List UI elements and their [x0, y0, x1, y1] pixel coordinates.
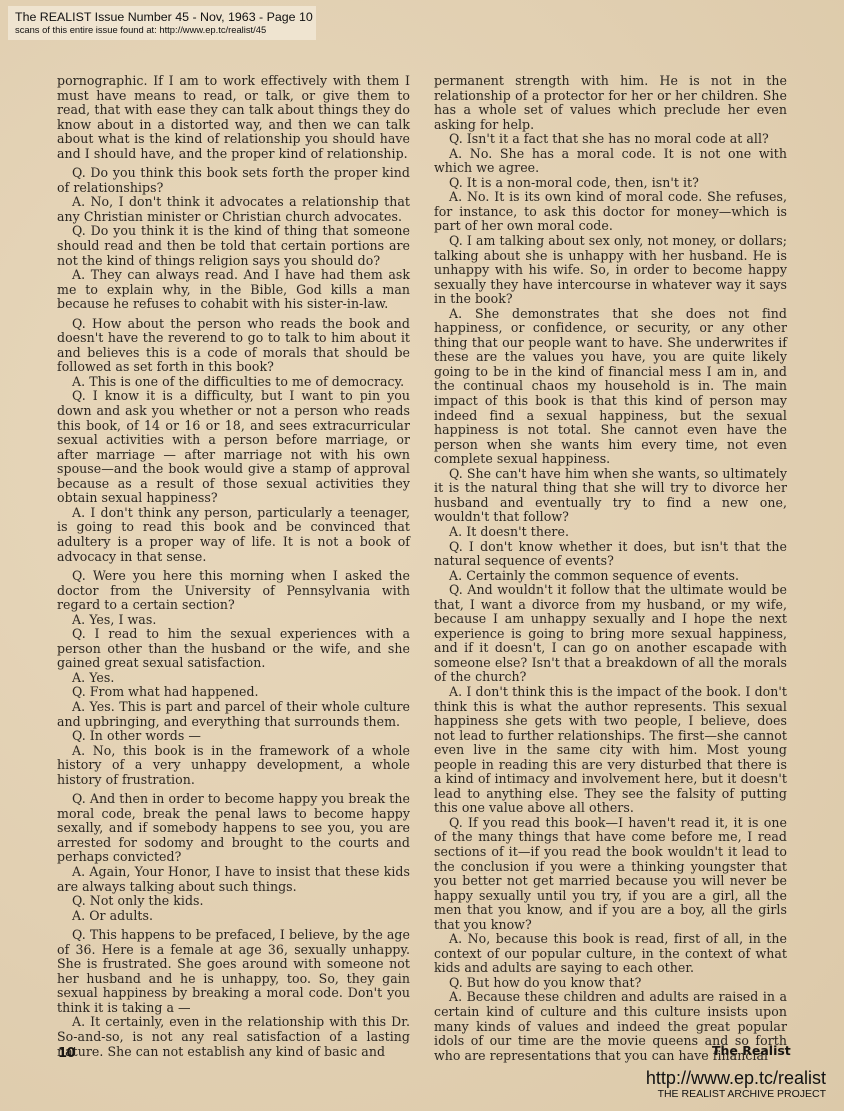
paragraph: Q. I read to him the sexual experiences … [57, 627, 410, 671]
paragraph: Q. She can't have him when she wants, so… [434, 467, 787, 525]
archive-url[interactable]: http://www.ep.tc/realist [646, 1068, 826, 1088]
issue-title: The REALIST Issue Number 45 - Nov, 1963 … [15, 10, 316, 24]
paragraph: Q. Isn't it a fact that she has no moral… [434, 132, 787, 147]
archive-footer: http://www.ep.tc/realist THE REALIST ARC… [646, 1068, 826, 1100]
paragraph: A. It certainly, even in the relationshi… [57, 1015, 410, 1059]
paragraph: A. Yes, I was. [57, 613, 410, 628]
paragraph: Q. Not only the kids. [57, 894, 410, 909]
paragraph: Q. It is a non-moral code, then, isn't i… [434, 176, 787, 191]
paragraph: Q. Were you here this morning when I ask… [57, 569, 410, 613]
paragraph: A. No, this book is in the framework of … [57, 744, 410, 788]
masthead: The Realist [712, 1043, 791, 1058]
paragraph: A. It doesn't there. [434, 525, 787, 540]
paragraph: A. Or adults. [57, 909, 410, 924]
paragraph: Q. I don't know whether it does, but isn… [434, 540, 787, 569]
paragraph: Q. If you read this book—I haven't read … [434, 816, 787, 932]
paragraph: Q. I know it is a difficulty, but I want… [57, 389, 410, 505]
paragraph: A. They can always read. And I have had … [57, 268, 410, 312]
paragraph: A. This is one of the difficulties to me… [57, 375, 410, 390]
left-column: pornographic. If I am to work effectivel… [57, 74, 410, 1059]
paragraph: A. No. It is its own kind of moral code.… [434, 190, 787, 234]
paragraph: A. No, because this book is read, first … [434, 932, 787, 976]
paragraph: pornographic. If I am to work effectivel… [57, 74, 410, 161]
paragraph: Q. Do you think this book sets forth the… [57, 166, 410, 195]
paragraph: Q. Do you think it is the kind of thing … [57, 224, 410, 268]
paragraph: A. Yes. [57, 671, 410, 686]
paragraph: Q. In other words — [57, 729, 410, 744]
paragraph: A. Again, Your Honor, I have to insist t… [57, 865, 410, 894]
paragraph: A. Certainly the common sequence of even… [434, 569, 787, 584]
archive-header: The REALIST Issue Number 45 - Nov, 1963 … [8, 6, 316, 40]
paragraph: Q. I am talking about sex only, not mone… [434, 234, 787, 307]
paragraph: Q. And wouldn't it follow that the ultim… [434, 583, 787, 685]
paragraph: A. No. She has a moral code. It is not o… [434, 147, 787, 176]
paragraph: Q. From what had happened. [57, 685, 410, 700]
right-column: permanent strength with him. He is not i… [434, 74, 787, 1063]
scan-source-note: scans of this entire issue found at: htt… [15, 24, 316, 36]
paragraph: Q. This happens to be prefaced, I believ… [57, 928, 410, 1015]
paragraph: A. She demonstrates that she does not fi… [434, 307, 787, 467]
paragraph: A. Yes. This is part and parcel of their… [57, 700, 410, 729]
paragraph: Q. And then in order to become happy you… [57, 792, 410, 865]
paragraph: Q. But how do you know that? [434, 976, 787, 991]
archive-project-label: THE REALIST ARCHIVE PROJECT [646, 1088, 826, 1100]
paragraph: A. I don't think any person, particularl… [57, 506, 410, 564]
paragraph: A. No, I don't think it advocates a rela… [57, 195, 410, 224]
paragraph: Q. How about the person who reads the bo… [57, 317, 410, 375]
page-number: 10 [58, 1046, 75, 1061]
paragraph: permanent strength with him. He is not i… [434, 74, 787, 132]
paragraph: A. I don't think this is the impact of t… [434, 685, 787, 816]
